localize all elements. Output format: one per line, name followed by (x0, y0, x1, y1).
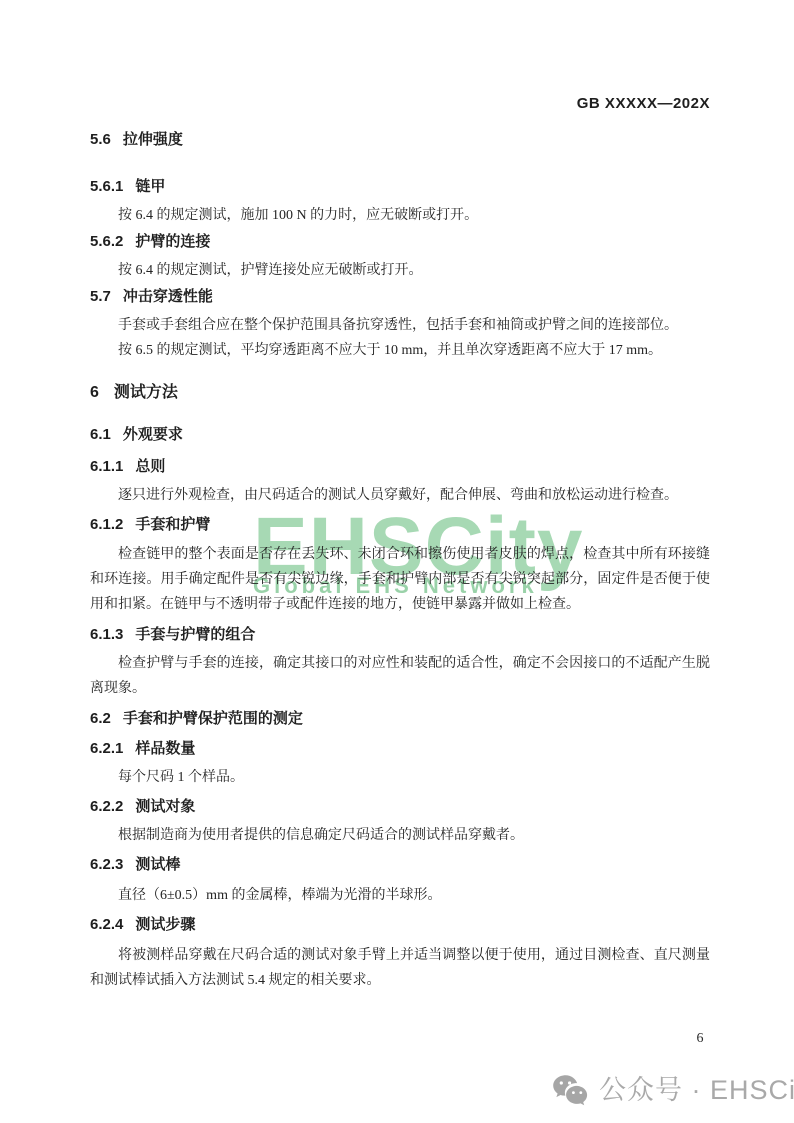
page-header-code: GB XXXXX—202X (90, 95, 710, 113)
heading-number: 6.1.2 (90, 516, 123, 533)
heading-label: 手套与护臂的组合 (135, 626, 255, 643)
paragraph: 根据制造商为使用者提供的信息确定尺码适合的测试样品穿戴者。 (90, 823, 710, 848)
chapter-heading: 6测试方法 (90, 382, 710, 404)
heading-label: 链甲 (135, 178, 165, 195)
heading-number: 5.6 (90, 131, 111, 148)
page-number: 6 (690, 1029, 710, 1049)
section-heading: 6.2手套和护臂保护范围的测定 (90, 709, 710, 729)
heading-number: 6.2.1 (90, 740, 123, 757)
heading-label: 手套和护臂 (135, 516, 210, 533)
paragraph: 手套或手套组合应在整个保护范围具备抗穿透性，包括手套和袖筒或护臂之间的连接部位。 (90, 313, 710, 338)
subsection-heading: 6.2.1样品数量 (90, 739, 710, 759)
heading-label: 测试方法 (114, 384, 178, 401)
subsection-heading: 6.1.2手套和护臂 (90, 515, 710, 535)
subsection-heading: 5.6.1链甲 (90, 177, 710, 197)
heading-label: 样品数量 (135, 740, 195, 757)
heading-number: 6.1.3 (90, 626, 123, 643)
subsection-heading: 6.2.4测试步骤 (90, 915, 710, 935)
paragraph: 每个尺码 1 个样品。 (90, 765, 710, 790)
subsection-heading: 5.6.2护臂的连接 (90, 232, 710, 252)
heading-label: 外观要求 (123, 426, 183, 443)
heading-label: 测试棒 (135, 856, 180, 873)
heading-number: 6 (90, 384, 99, 401)
section-heading: 6.1外观要求 (90, 425, 710, 445)
section-heading: 5.6拉伸强度 (90, 130, 710, 150)
footer-wechat-label: 公众号 · EHSCity (599, 1070, 794, 1110)
heading-number: 6.2.2 (90, 798, 123, 815)
heading-number: 6.2.3 (90, 856, 123, 873)
heading-label: 测试步骤 (135, 916, 195, 933)
paragraph: 直径（6±0.5）mm 的金属棒，棒端为光滑的半球形。 (90, 883, 710, 908)
paragraph: 检查护臂与手套的连接，确定其接口的对应性和装配的适合性，确定不会因接口的不适配产… (90, 651, 710, 701)
paragraph: 将被测样品穿戴在尺码合适的测试对象手臂上并适当调整以便于使用，通过目测检查、直尺… (90, 943, 710, 993)
heading-number: 5.7 (90, 288, 111, 305)
wechat-icon (552, 1074, 590, 1107)
paragraph: 检查链甲的整个表面是否存在丢失环、未闭合环和擦伤使用者皮肤的焊点，检查其中所有环… (90, 542, 710, 617)
heading-number: 6.1 (90, 426, 111, 443)
heading-label: 拉伸强度 (123, 131, 183, 148)
heading-number: 6.2.4 (90, 916, 123, 933)
heading-label: 护臂的连接 (135, 233, 210, 250)
document-page: EHSCity Global EHS Network GB XXXXX—202X… (0, 0, 794, 1123)
paragraph: 按 6.4 的规定测试，施加 100 N 的力时，应无破断或打开。 (90, 203, 710, 228)
heading-number: 5.6.1 (90, 178, 123, 195)
subsection-heading: 6.2.3测试棒 (90, 855, 710, 875)
footer-wechat-banner: 公众号 · EHSCity (552, 1070, 794, 1110)
subsection-heading: 6.1.3手套与护臂的组合 (90, 625, 710, 645)
paragraph: 按 6.5 的规定测试，平均穿透距离不应大于 10 mm，并且单次穿透距离不应大… (90, 338, 710, 363)
heading-number: 5.6.2 (90, 233, 123, 250)
heading-label: 测试对象 (135, 798, 195, 815)
heading-label: 总则 (135, 458, 165, 475)
heading-label: 手套和护臂保护范围的测定 (123, 710, 303, 727)
heading-label: 冲击穿透性能 (123, 288, 213, 305)
heading-number: 6.1.1 (90, 458, 123, 475)
section-heading: 5.7冲击穿透性能 (90, 287, 710, 307)
subsection-heading: 6.1.1总则 (90, 457, 710, 477)
paragraph: 逐只进行外观检查，由尺码适合的测试人员穿戴好，配合伸展、弯曲和放松运动进行检查。 (90, 483, 710, 508)
paragraph: 按 6.4 的规定测试，护臂连接处应无破断或打开。 (90, 258, 710, 283)
heading-number: 6.2 (90, 710, 111, 727)
subsection-heading: 6.2.2测试对象 (90, 797, 710, 817)
